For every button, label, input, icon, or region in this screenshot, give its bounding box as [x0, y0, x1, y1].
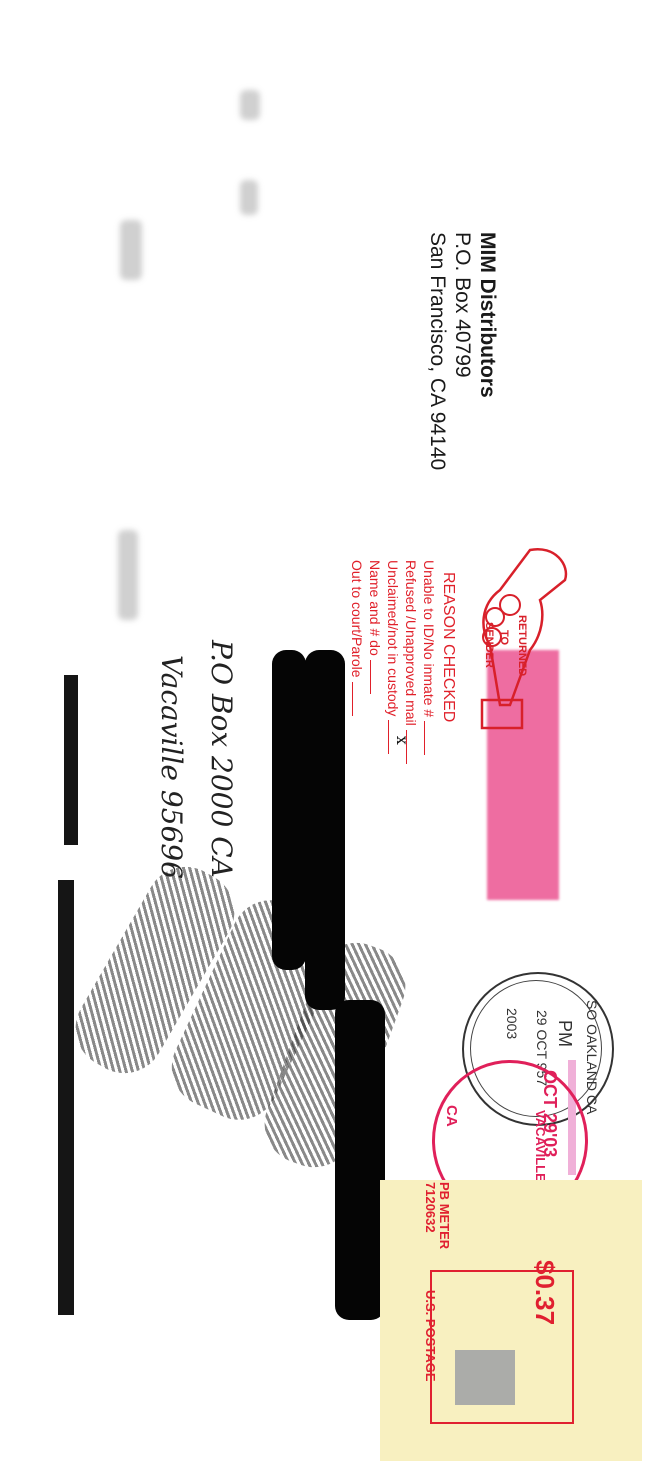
- meter-number: 7120632: [423, 1182, 438, 1233]
- reason-item: Refused /Unapproved mailx: [402, 560, 420, 764]
- red-postmark-state: CA: [443, 1105, 460, 1127]
- to-label: TO: [498, 630, 510, 645]
- redaction-mark: [335, 1000, 385, 1320]
- reason-heading: REASON CHECKED: [438, 572, 458, 764]
- meter-postage-label: U.S. POSTAGE: [423, 1290, 438, 1382]
- scan-smudge: [240, 90, 260, 120]
- postmark-time: PM: [554, 1020, 575, 1047]
- reason-item: Out to court/Parole: [348, 560, 366, 764]
- flag-icon: [455, 1350, 515, 1405]
- red-postmark-city: VACAVILLE: [533, 1110, 548, 1182]
- reason-checked-stamp: REASON CHECKED Unable to ID/No inmate # …: [348, 560, 458, 764]
- scan-smudge: [118, 530, 138, 620]
- sender-po-box: P.O. Box 40799: [450, 232, 475, 470]
- sender-label: SENDER: [483, 622, 495, 668]
- postmark-year: 2003: [504, 1008, 520, 1039]
- returned-label: RETURNED: [516, 615, 528, 676]
- scan-smudge: [120, 220, 142, 280]
- sender-city: San Francisco, CA 94140: [425, 232, 450, 470]
- redaction-mark: [272, 650, 306, 970]
- barcode-bar: [58, 880, 74, 1315]
- postmark-city: SO OAKLAND CA: [584, 1000, 600, 1114]
- scan-smudge: [240, 180, 258, 215]
- reason-item: Unclaimed/not in custody: [384, 560, 402, 764]
- sender-name: MIM Distributors: [475, 232, 500, 470]
- handwritten-address-line1: P.O Box 2000 CA: [205, 640, 238, 878]
- meter-label: PB METER: [437, 1182, 452, 1249]
- reason-item: Name and # do: [366, 560, 384, 764]
- reason-item: Unable to ID/No inmate #: [420, 560, 438, 764]
- handwritten-address-line2: Vacaville 95696: [155, 655, 188, 879]
- meter-amount: $0.37: [529, 1260, 560, 1325]
- return-address: MIM Distributors P.O. Box 40799 San Fran…: [425, 232, 500, 470]
- barcode-bar: [64, 675, 78, 845]
- redaction-mark: [305, 650, 345, 1010]
